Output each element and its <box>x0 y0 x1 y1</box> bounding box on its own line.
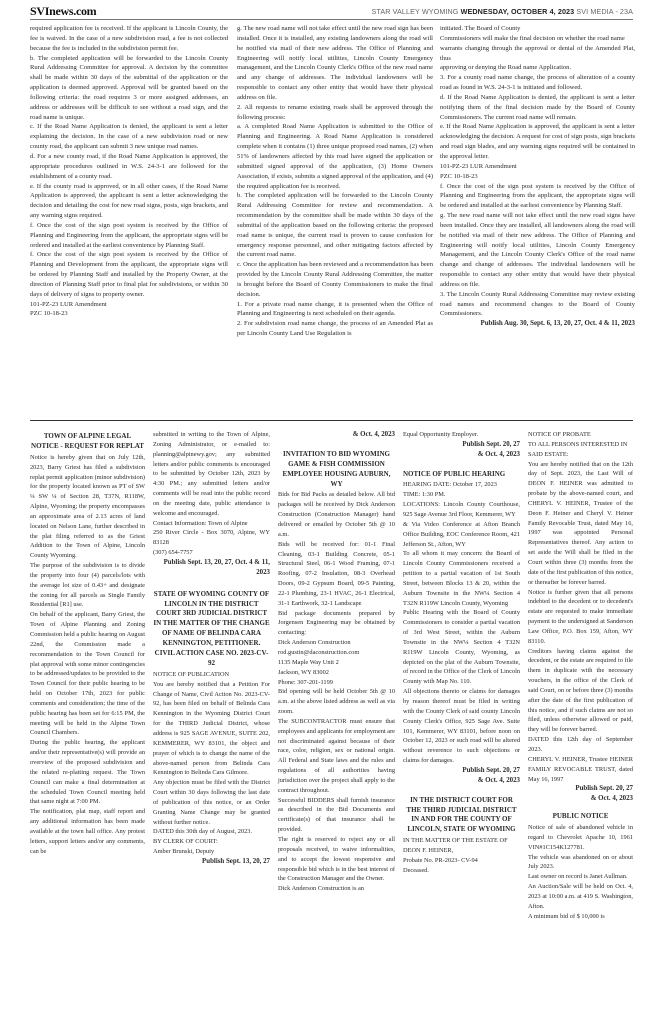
road-notice-column-2: g. The new road name will not take effec… <box>237 24 433 339</box>
paragraph: Notice of sale of abandoned vehicle in r… <box>528 823 633 853</box>
paragraph: f. Once the cost of the sign post system… <box>30 221 228 251</box>
paragraph: b. The completed application will be for… <box>237 191 433 260</box>
paragraph: The purpose of the subdivision is to div… <box>30 561 145 610</box>
publish-dates-continued: & Oct. 4, 2023 <box>403 776 520 786</box>
paragraph: c. Once the application has been reviewe… <box>237 260 433 299</box>
notice-title: STATE OF WYOMING COUNTY OF LINCOLN IN TH… <box>153 590 270 669</box>
paragraph: 101-PZ-23 LUR Amendment <box>440 162 635 172</box>
paragraph: 2. All requests to rename existing roads… <box>237 103 433 123</box>
paragraph: submitted in writing to the Town of Alpi… <box>153 430 270 519</box>
probate-notice: NOTICE OF PROBATE TO ALL PERSONS INTERES… <box>528 430 633 921</box>
page-header: SVInews.com STAR VALLEY WYOMING WEDNESDA… <box>0 0 663 22</box>
paragraph: All objections thereto or claims for dam… <box>403 687 520 766</box>
paragraph: The SUBCONTRACTOR must ensure that emplo… <box>278 717 395 796</box>
paragraph: The right is reserved to reject any or a… <box>278 835 395 884</box>
paragraph: BY CLERK OF COURT: <box>153 837 270 847</box>
header-date: WEDNESDAY, OCTOBER 4, 2023 <box>461 7 575 16</box>
paragraph: Last owner on record is Janet Aullman. <box>528 872 633 882</box>
paragraph: Bid opening will be held October 5th @ 1… <box>278 687 395 717</box>
publish-dates-continued: & Oct. 4, 2023 <box>278 430 395 440</box>
paragraph: The notification, plat map, staff report… <box>30 807 145 856</box>
publish-dates: Publish Sept. 20, 27 <box>403 766 520 776</box>
paragraph: b. The completed application will be for… <box>30 54 228 123</box>
road-notice-column-1: required application fee is received. If… <box>30 24 228 319</box>
paragraph: 1135 Maple Way Unit 2 <box>278 658 395 668</box>
contact-phone: (307) 654-7757 <box>153 548 270 558</box>
paragraph: Creditors having claims against the dece… <box>528 647 633 736</box>
publish-dates: Publish Sept. 20, 27 <box>403 440 520 450</box>
alpine-notice: TOWN OF ALPINE LEGAL NOTICE - REQUEST FO… <box>30 430 145 856</box>
contact-address: 250 River Circle - Box 3070, Alpine, WY … <box>153 528 270 548</box>
paragraph: required application fee is received. If… <box>30 24 228 54</box>
paragraph: Amber Brunski, Deputy <box>153 847 270 857</box>
paragraph: DATED this 12th day of September 2023. <box>528 735 633 755</box>
paragraph: IN THE MATTER OF THE ESTATE OF DEON F. H… <box>403 836 520 856</box>
paragraph: LOCATIONS: Lincoln County Courthouse, 92… <box>403 500 520 520</box>
paragraph: TO ALL PERSONS INTERESTED IN SAID ESTATE… <box>528 440 633 460</box>
publish-dates: Publish Aug. 30, Sept. 6, 13, 20, 27, Oc… <box>440 319 635 329</box>
paragraph: & Via Video Conference at Afton Branch O… <box>403 520 520 550</box>
paragraph: e. If the county road is approved, or in… <box>30 182 228 221</box>
bid-invitation: & Oct. 4, 2023 INVITATION TO BID WYOMING… <box>278 430 395 894</box>
paragraph: Deceased. <box>403 866 520 876</box>
paragraph: g. The new road name will not take effec… <box>440 211 635 290</box>
paragraph: You are hereby notified that a Petition … <box>153 680 270 778</box>
paragraph: Notice is hereby given that on July 12th… <box>30 453 145 561</box>
paragraph: During the public hearing, the applicant… <box>30 738 145 807</box>
notice-title: TOWN OF ALPINE LEGAL NOTICE - REQUEST FO… <box>30 432 145 452</box>
public-hearing-notice: Equal Opportunity Employer. Publish Sept… <box>403 430 520 876</box>
paragraph: PZC 10-18-23 <box>30 309 228 319</box>
paragraph: An Auction/Sale will be held on Oct. 4, … <box>528 882 633 912</box>
alpine-notice-continued: submitted in writing to the Town of Alpi… <box>153 430 270 867</box>
site-name[interactable]: SVInews.com <box>30 4 96 19</box>
paragraph: Notice is further given that all persons… <box>528 588 633 647</box>
paragraph: 2. For subdivision road name change, the… <box>237 319 433 339</box>
paragraph: Jackson, WY 83002 <box>278 668 395 678</box>
section-divider <box>30 420 633 421</box>
paragraph: PZC 10-18-23 <box>440 172 635 182</box>
paragraph: initiated. The Board of County <box>440 24 635 34</box>
notice-title: INVITATION TO BID WYOMING GAME & FISH CO… <box>278 450 395 490</box>
paragraph: Bids for Bid Packs as detailed below. Al… <box>278 490 395 539</box>
paragraph: Dick Anderson Construction is an <box>278 884 395 894</box>
paragraph: e. If the Road Name Application is appro… <box>440 122 635 161</box>
paragraph: c. If the Road Name Application is denie… <box>30 122 228 152</box>
paragraph: Equal Opportunity Employer. <box>403 430 520 440</box>
notice-title: IN THE DISTRICT COURT FOR THE THIRD JUDI… <box>403 796 520 836</box>
paragraph: d. For a new county road, if the Road Na… <box>30 152 228 182</box>
paragraph: Bid package documents prepared by Jorgen… <box>278 609 395 639</box>
paragraph: Bids will be received for: 01-1 Final Cl… <box>278 540 395 609</box>
paragraph: g. The new road name will not take effec… <box>237 24 433 103</box>
paragraph: To all whom it may concern: the Board of… <box>403 549 520 608</box>
publish-dates: Publish Sept. 13, 20, 27, Oct. 4 & 11, 2… <box>153 558 270 578</box>
header-meta: STAR VALLEY WYOMING WEDNESDAY, OCTOBER 4… <box>372 7 633 16</box>
paragraph: 3. The Lincoln County Rural Addressing C… <box>440 290 635 320</box>
header-rule <box>30 19 633 20</box>
publish-dates: Publish Sept. 13, 20, 27 <box>153 857 270 867</box>
header-location: STAR VALLEY WYOMING <box>372 7 459 16</box>
header-page: SVI MEDIA - 23A <box>576 7 633 16</box>
paragraph: The vehicle was abandoned on or about Ju… <box>528 853 633 873</box>
paragraph: Commissioners will make the final decisi… <box>440 34 635 44</box>
email-link[interactable]: rod.gustin@daconstruction.com <box>278 648 395 658</box>
paragraph: On behalf of the applicant, Barry Griest… <box>30 610 145 738</box>
paragraph: 3. For a county road name change, the pr… <box>440 73 635 93</box>
publish-dates-continued: & Oct. 4, 2023 <box>528 794 633 804</box>
publish-dates: Publish Sept. 20, 27 <box>528 784 633 794</box>
paragraph: f. Once the cost of the sign post system… <box>440 182 635 212</box>
paragraph: CHERYL V. HEINER, Trustee HEINER FAMILY … <box>528 755 633 785</box>
paragraph: 1. For a private road name change, it is… <box>237 300 433 320</box>
paragraph: NOTICE OF PUBLICATION <box>153 670 270 680</box>
paragraph: A minimum bid of $ 10,000 is <box>528 912 633 922</box>
publish-dates-continued: & Oct. 4, 2023 <box>403 450 520 460</box>
paragraph: Successful BIDDERS shall furnish insuran… <box>278 796 395 835</box>
road-notice-column-3: initiated. The Board of County Commissio… <box>440 24 635 329</box>
paragraph: d. If the Road Name Application is denie… <box>440 93 635 123</box>
paragraph: f. Once the cost of the sign post system… <box>30 250 228 299</box>
contact-info: Contact Information: Town of Alpine <box>153 519 270 529</box>
notice-title: PUBLIC NOTICE <box>528 812 633 822</box>
paragraph: NOTICE OF PROBATE <box>528 430 633 440</box>
paragraph: Probate No. PR-2023- CV-94 <box>403 856 520 866</box>
paragraph: TIME: 1:30 PM. <box>403 490 520 500</box>
paragraph: You are hereby notified that on the 12th… <box>528 460 633 588</box>
paragraph: DATED this 30th day of August, 2023. <box>153 827 270 837</box>
paragraph: HEARING DATE: October 17, 2023 <box>403 480 520 490</box>
paragraph: a. A completed Road Name Application is … <box>237 122 433 191</box>
paragraph: Dick Anderson Construction <box>278 638 395 648</box>
paragraph: warrants changing through the approval o… <box>440 44 635 64</box>
paragraph: Any objection must be filed with the Dis… <box>153 778 270 827</box>
paragraph: 101-PZ-23 LUR Amendment <box>30 300 228 310</box>
paragraph: Public Hearing with the Board of County … <box>403 608 520 687</box>
paragraph: Phone: 307-201-1199 <box>278 678 395 688</box>
notice-title: NOTICE OF PUBLIC HEARING <box>403 470 520 480</box>
paragraph: approving or denying the Road name Appli… <box>440 63 635 73</box>
